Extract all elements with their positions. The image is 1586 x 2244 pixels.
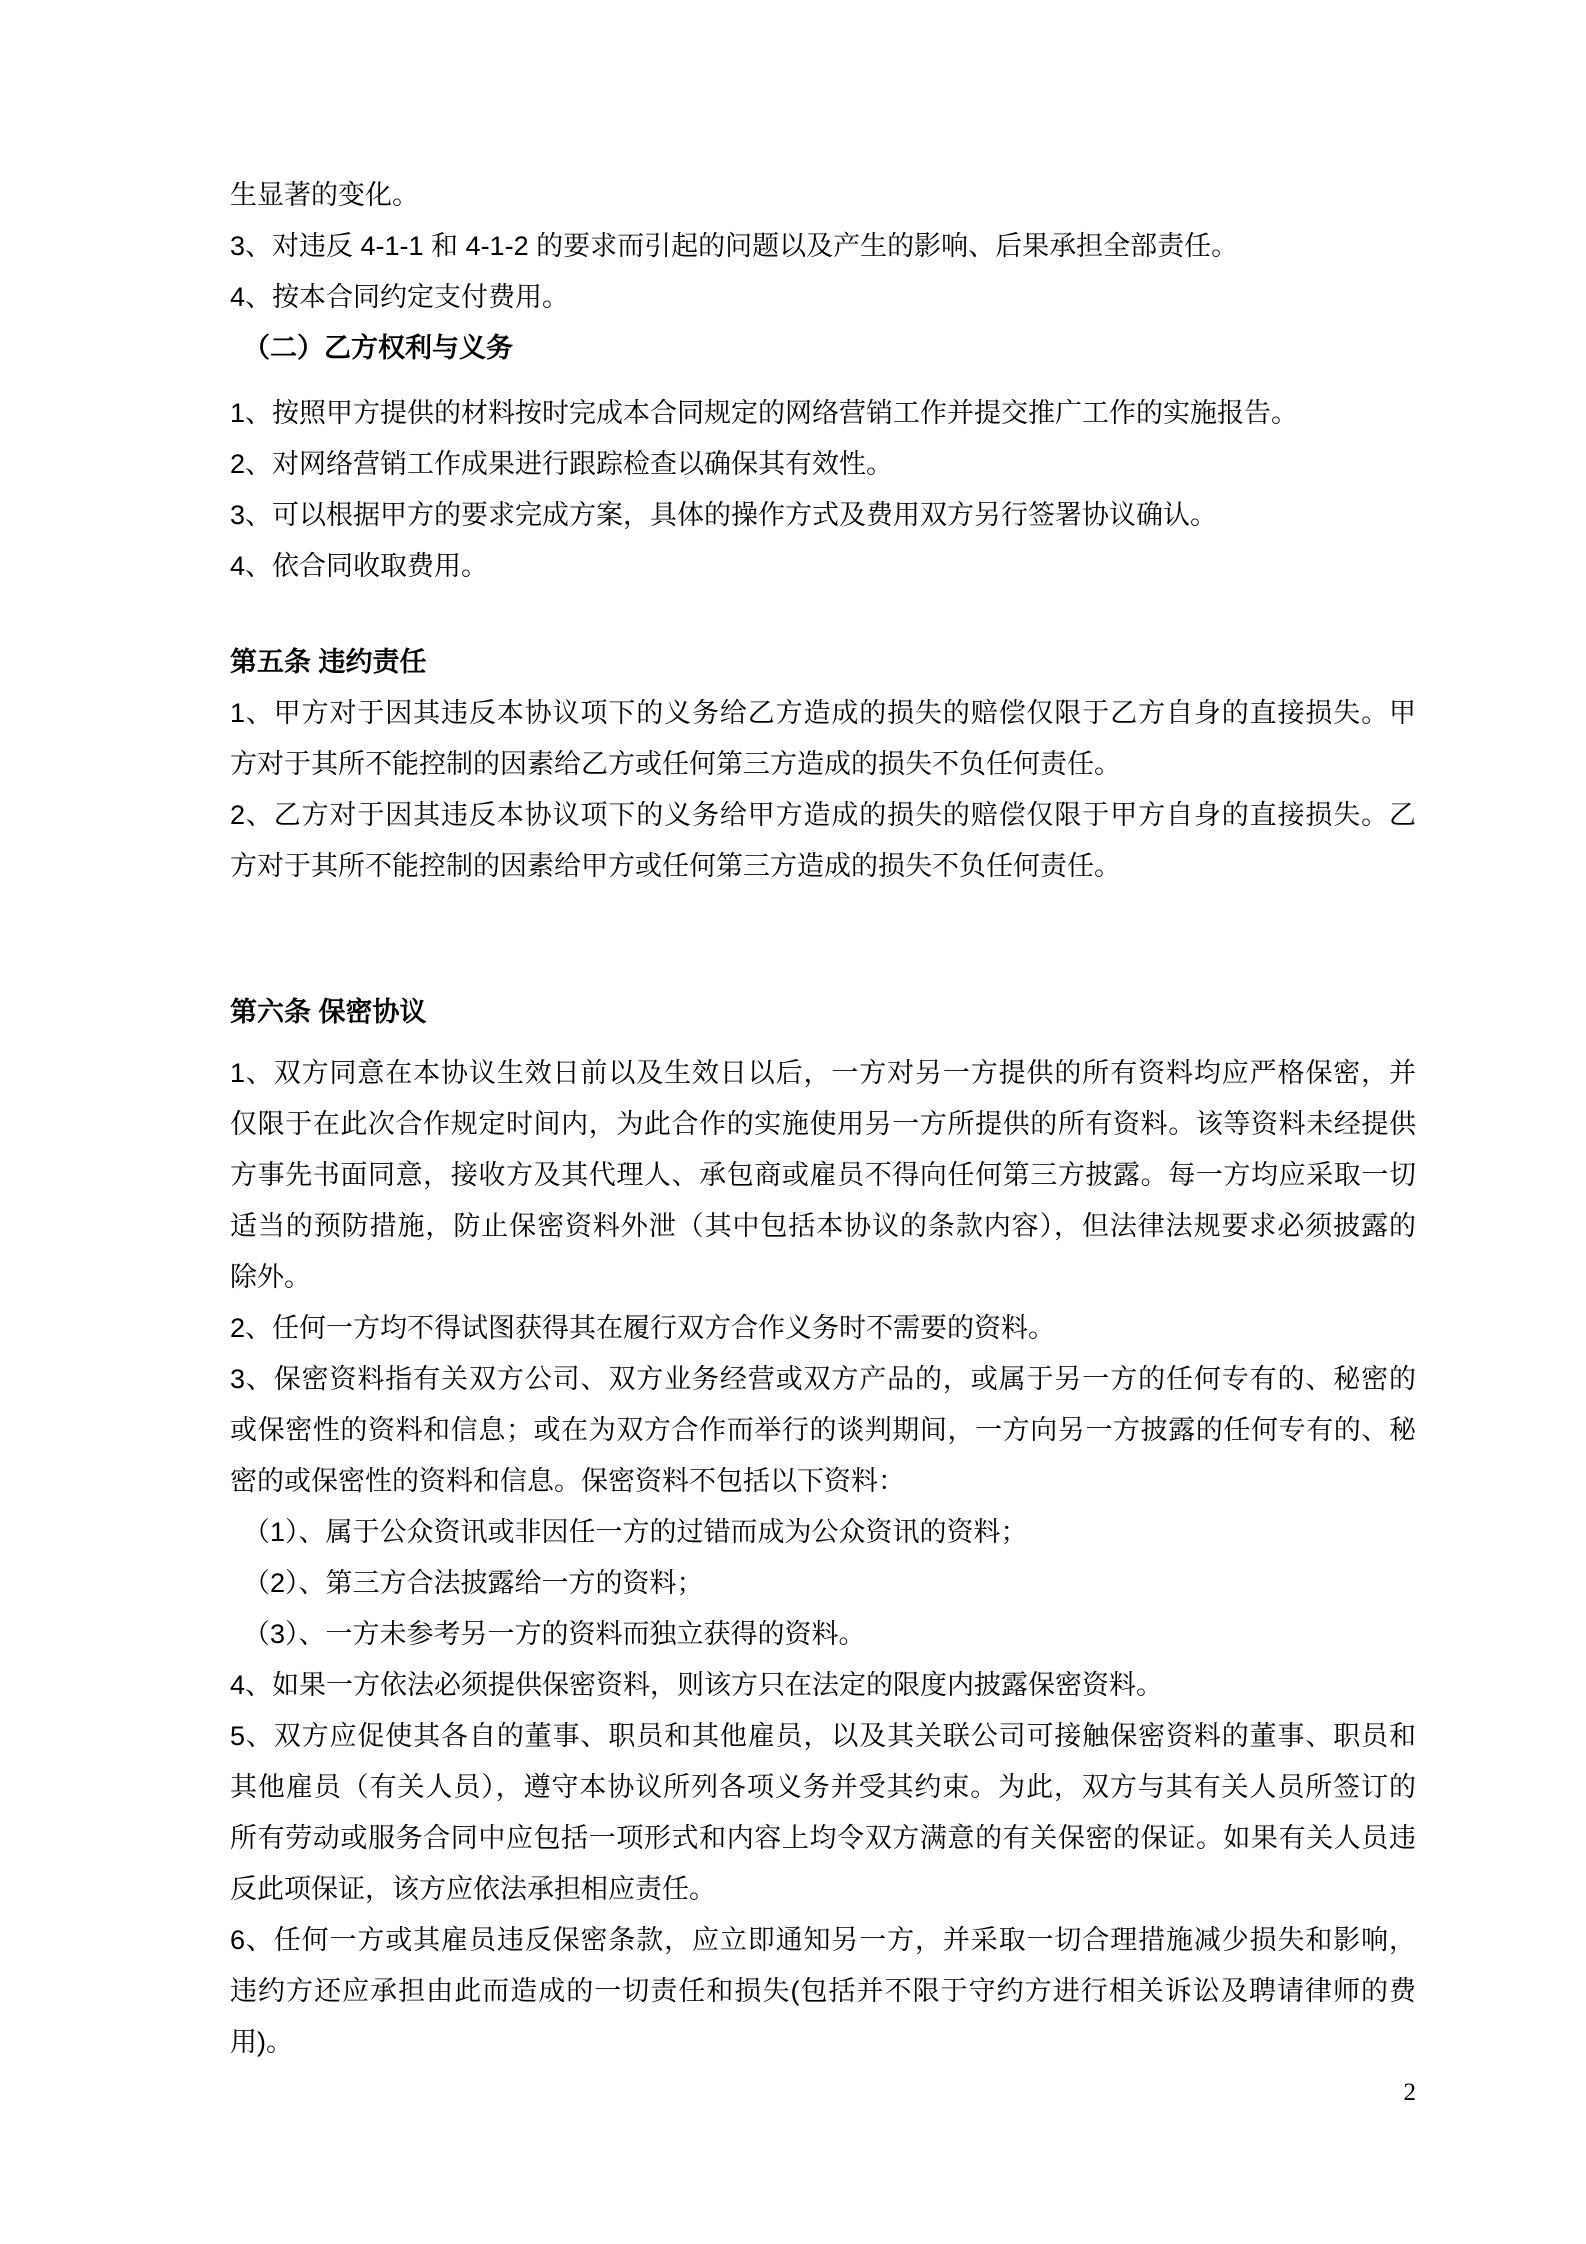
clause-line: 适当的预防措施，防止保密资料外泄（其中包括本协议的条款内容），但法律法规要求必须… (230, 1201, 1416, 1252)
clause-line: 5、双方应促使其各自的董事、职员和其他雇员，以及其关联公司可接触保密资料的董事、… (230, 1711, 1416, 1762)
clause-line: 方对于其所不能控制的因素给甲方或任何第三方造成的损失不负任何责任。 (230, 841, 1416, 892)
clause-line: 2、任何一方均不得试图获得其在履行双方合作义务时不需要的资料。 (230, 1303, 1416, 1354)
contract-body: 生显著的变化。 3、对违反 4-1-1 和 4-1-2 的要求而引起的问题以及产… (230, 170, 1416, 2108)
clause-line: 方对于其所不能控制的因素给乙方或任何第三方造成的损失不负任何责任。 (230, 739, 1416, 790)
list-item: （3）、一方未参考另一方的资料而独立获得的资料。 (230, 1609, 1416, 1660)
clause-line: 所有劳动或服务合同中应包括一项形式和内容上均令双方满意的有关保密的保证。如果有关… (230, 1813, 1416, 1864)
clause-line: 1、甲方对于因其违反本协议项下的义务给乙方造成的损失的赔偿仅限于乙方自身的直接损… (230, 688, 1416, 739)
subsection-heading-party-b-rights: （二）乙方权利与义务 (230, 323, 1416, 374)
document-page: 生显著的变化。 3、对违反 4-1-1 和 4-1-2 的要求而引起的问题以及产… (0, 0, 1586, 2244)
clause-line: 4、如果一方依法必须提供保密资料，则该方只在法定的限度内披露保密资料。 (230, 1660, 1416, 1711)
list-item: （2）、第三方合法披露给一方的资料； (230, 1558, 1416, 1609)
article-5-heading: 第五条 违约责任 (230, 637, 1416, 688)
clause-line: 3、保密资料指有关双方公司、双方业务经营或双方产品的，或属于另一方的任何专有的、… (230, 1354, 1416, 1405)
clause-line: 除外。 (230, 1252, 1416, 1303)
clause-line: 2、乙方对于因其违反本协议项下的义务给甲方造成的损失的赔偿仅限于甲方自身的直接损… (230, 790, 1416, 841)
clause-line: 违约方还应承担由此而造成的一切责任和损失(包括并不限于守约方进行相关诉讼及聘请律… (230, 1966, 1416, 2017)
clause-line: 用)。 (230, 2017, 1416, 2068)
clause-line: 或保密性的资料和信息；或在为双方合作而举行的谈判期间，一方向另一方披露的任何专有… (230, 1405, 1416, 1456)
clause-line: 方事先书面同意，接收方及其代理人、承包商或雇员不得向任何第三方披露。每一方均应采… (230, 1150, 1416, 1201)
list-item: （1）、属于公众资讯或非因任一方的过错而成为公众资讯的资料； (230, 1507, 1416, 1558)
clause-line: 1、双方同意在本协议生效日前以及生效日以后，一方对另一方提供的所有资料均应严格保… (230, 1048, 1416, 1099)
page-number: 2 (230, 2078, 1416, 2108)
article-6-heading: 第六条 保密协议 (230, 987, 1416, 1038)
clause-line: 4、依合同收取费用。 (230, 541, 1416, 592)
clause-line: 反此项保证，该方应依法承担相应责任。 (230, 1864, 1416, 1915)
clause-line: 3、可以根据甲方的要求完成方案，具体的操作方式及费用双方另行签署协议确认。 (230, 490, 1416, 541)
clause-line: 3、对违反 4-1-1 和 4-1-2 的要求而引起的问题以及产生的影响、后果承… (230, 221, 1416, 272)
clause-line: 6、任何一方或其雇员违反保密条款，应立即通知另一方，并采取一切合理措施减少损失和… (230, 1915, 1416, 1966)
clause-line: 1、按照甲方提供的材料按时完成本合同规定的网络营销工作并提交推广工作的实施报告。 (230, 388, 1416, 439)
clause-line: 2、对网络营销工作成果进行跟踪检查以确保其有效性。 (230, 439, 1416, 490)
clause-line: 仅限于在此次合作规定时间内，为此合作的实施使用另一方所提供的所有资料。该等资料未… (230, 1099, 1416, 1150)
clause-line: 其他雇员（有关人员），遵守本协议所列各项义务并受其约束。为此，双方与其有关人员所… (230, 1762, 1416, 1813)
clause-line: 4、按本合同约定支付费用。 (230, 272, 1416, 323)
clause-line: 密的或保密性的资料和信息。保密资料不包括以下资料： (230, 1456, 1416, 1507)
continuation-line: 生显著的变化。 (230, 170, 1416, 221)
